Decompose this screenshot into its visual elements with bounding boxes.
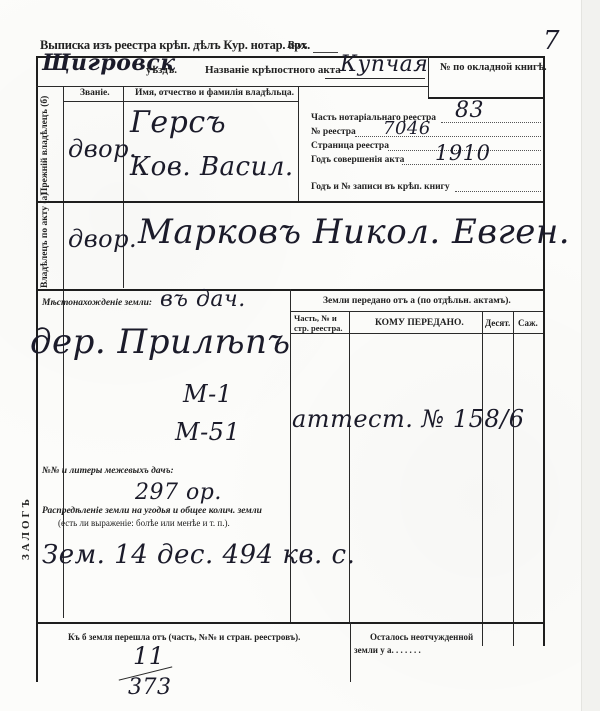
transfer-header-underline (290, 333, 543, 334)
registry-book-line (455, 191, 541, 192)
okladnaya-bottom (428, 97, 544, 99)
registry-year-value: 1910 (435, 141, 490, 165)
act-name-label: Названіе крѣпостного акта (205, 64, 341, 76)
plots-label: №№ и литеры межевыхъ дачъ: (42, 466, 174, 476)
col-header-zvanie: Званіе. (80, 88, 110, 98)
transfer-title-underline (290, 311, 543, 312)
zvanie-divider (123, 86, 124, 288)
location-mark-1: М-1 (183, 380, 232, 408)
new-owner-name: Марковъ Никол. Евген. (138, 212, 570, 252)
location-value-line1: въ дач. (160, 287, 246, 312)
plots-value: 297 ор. (135, 480, 222, 505)
act-name-value: Купчая (340, 52, 428, 77)
prev-owner-firstnames: Ков. Васил. (130, 152, 294, 182)
registry-book-label: Годъ и № записи въ крѣп. книгу (311, 182, 450, 192)
registry-page-label: Страница реестра (311, 141, 389, 151)
column-header-underline (63, 101, 298, 102)
new-owner-side-label: Владѣлецъ по акту (а) (40, 193, 50, 288)
transfer-col-divider-2 (482, 311, 483, 646)
registry-part-line (441, 122, 541, 123)
distribution-label: Распредѣленіе земли на угодья и общее ко… (42, 506, 262, 516)
footer-divider (350, 622, 351, 682)
footer-left-label: Къ б земля перешла отъ (часть, №№ и стра… (68, 632, 300, 642)
prev-owner-surname: Герсъ (130, 105, 226, 140)
location-label: Мѣстонахожденіе земли: (42, 298, 152, 308)
prev-owner-zvanie: двор. (68, 135, 137, 163)
footer-left-value-bottom: 373 (128, 675, 172, 700)
transfer-col-desyat: Десят. (485, 318, 510, 328)
vol-line (313, 52, 338, 53)
transfer-col-recipient: КОМУ ПЕРЕДАНО. (375, 318, 464, 328)
scan-edge (581, 0, 600, 711)
registry-year-line (402, 164, 541, 165)
distribution-sublabel: (есть ли выраженіе: болѣе или менѣе и т.… (58, 518, 230, 528)
uezd-suffix: уѣздъ. (146, 64, 177, 76)
row-separator-2 (36, 201, 544, 203)
footer-left-value-top: 11 (133, 642, 165, 670)
registry-year-label: Годъ совершенія акта (311, 155, 404, 165)
transfer-col-divider-3 (513, 311, 514, 646)
footer-right-label-1: Осталось неотчужденной (370, 632, 473, 642)
location-value-line2: дер. Прилѣпъ (30, 322, 291, 362)
transfer-col-sazh: Саж. (518, 318, 538, 328)
frame-right (543, 56, 545, 646)
margin-label-zalog: ЗАЛОГЪ (20, 496, 32, 560)
prev-owner-side-label: Прежній владѣлецъ (б) (40, 96, 50, 195)
row-separator-1 (36, 86, 428, 87)
registry-number-label: № реестра (311, 127, 356, 137)
footer-left-edge (36, 622, 38, 682)
new-owner-zvanie: двор. (68, 225, 137, 253)
col-header-name: Имя, отчество и фамилія владѣльца. (135, 88, 294, 98)
transfer-row-recipient: аттеcт. № 158/6 (292, 405, 525, 433)
transfer-col-registry: Часть, № и стр. реестра. (294, 313, 350, 333)
okladnaya-divider (428, 56, 429, 98)
distribution-value: Зем. 14 дес. 494 кв. с. (42, 540, 355, 570)
page-number: 7 (543, 26, 560, 56)
location-mark-2: М-51 (175, 418, 240, 446)
okladnaya-label: № по окладной книгѣ. (440, 62, 547, 73)
registry-number-line (355, 136, 541, 137)
document-page: 7 Выписка изъ реестра крѣп. дѣлъ Кур. но… (0, 0, 600, 711)
footer-right-label-2: земли у а. . . . . . . (354, 645, 421, 655)
act-name-underline (325, 78, 425, 79)
transfer-col-divider-1 (349, 311, 350, 622)
registry-part-value: 83 (455, 98, 484, 123)
vol-label: Вол. (287, 39, 308, 51)
name-divider (298, 86, 299, 201)
transfer-table-title: Земли передано отъ а (по отдѣльн. актамъ… (323, 296, 511, 306)
footer-separator (36, 622, 544, 624)
